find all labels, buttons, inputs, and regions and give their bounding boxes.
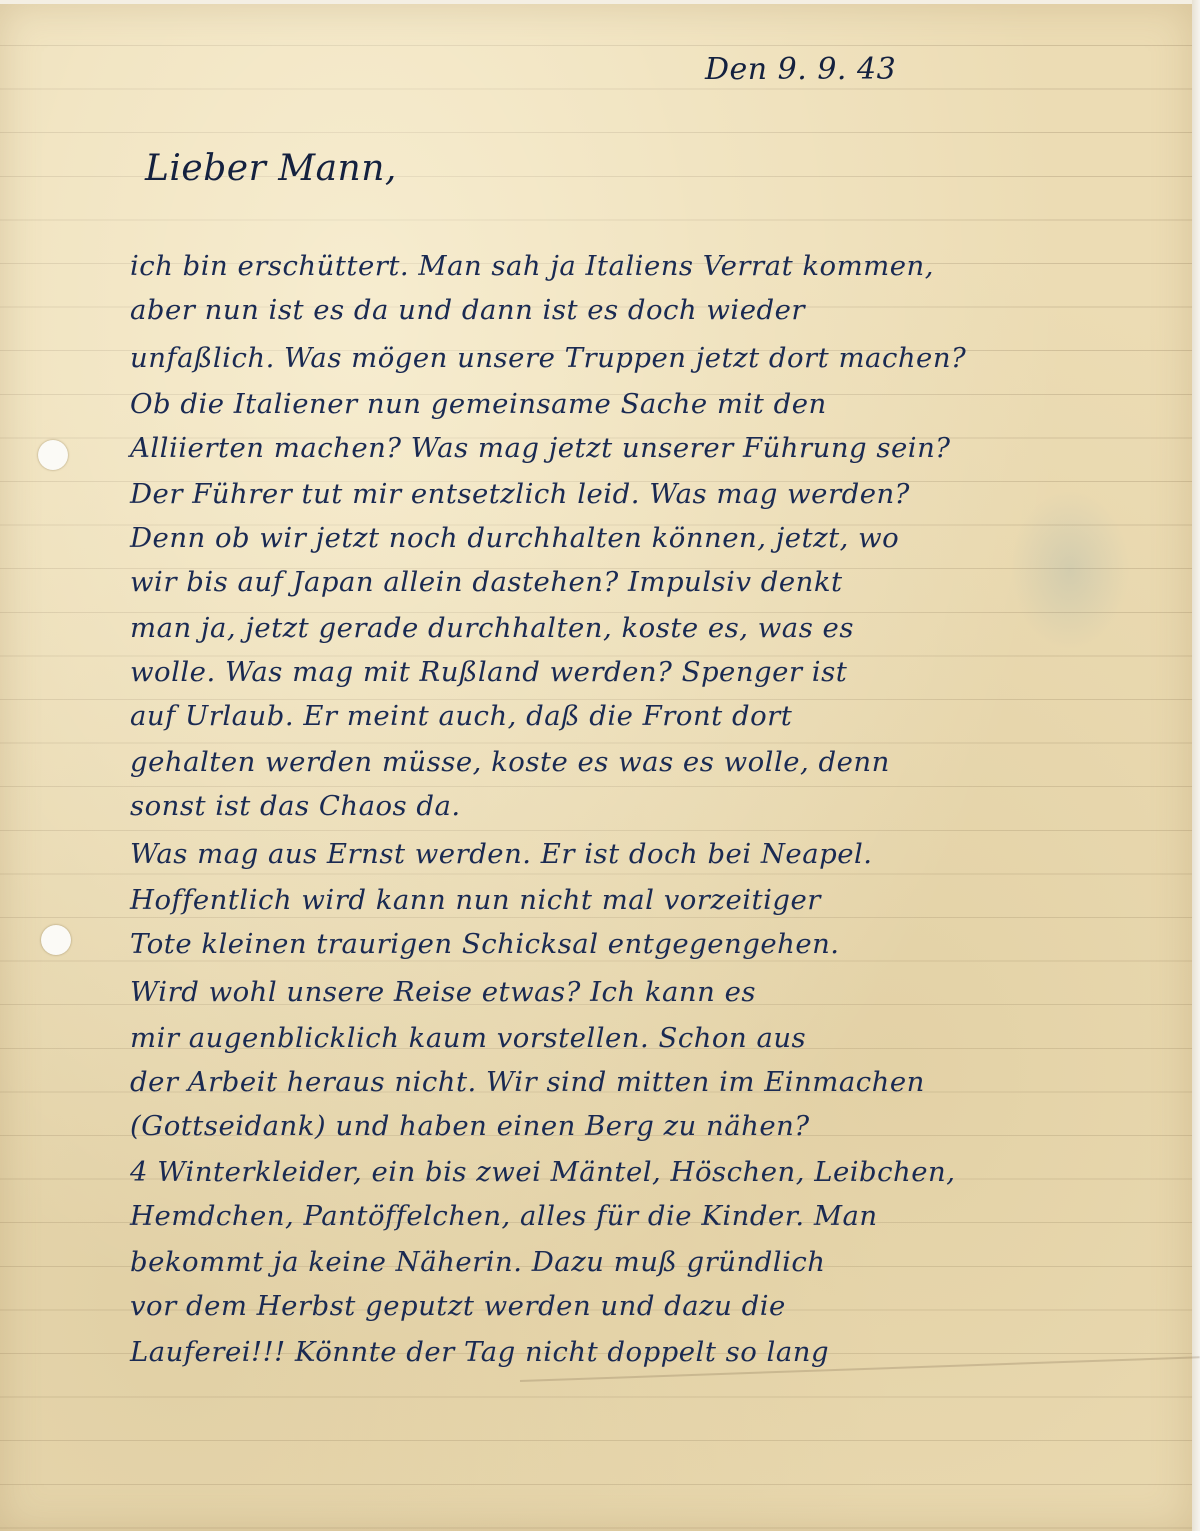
letter-line: unfaßlich. Was mögen unsere Truppen jetz… — [130, 342, 966, 374]
letter-date: Den 9. 9. 43 — [705, 52, 896, 87]
letter-line: wolle. Was mag mit Rußland werden? Speng… — [130, 656, 847, 688]
letter-line: Lauferei!!! Könnte der Tag nicht doppelt… — [130, 1336, 829, 1368]
letter-line: Tote kleinen traurigen Schicksal entgege… — [130, 928, 840, 960]
letter-line: Der Führer tut mir entsetzlich leid. Was… — [130, 478, 910, 510]
letter-line: sonst ist das Chaos da. — [130, 790, 461, 822]
scan-edge — [1192, 0, 1200, 1531]
punch-hole-bottom — [41, 925, 71, 955]
letter-line: Ob die Italiener nun gemeinsame Sache mi… — [130, 388, 827, 420]
letter-line: Hoffentlich wird kann nun nicht mal vorz… — [130, 884, 821, 916]
letter-line: 4 Winterkleider, ein bis zwei Mäntel, Hö… — [130, 1156, 956, 1188]
letter-line: auf Urlaub. Er meint auch, daß die Front… — [130, 700, 792, 732]
letter-line: gehalten werden müsse, koste es was es w… — [130, 746, 890, 778]
letter-line: man ja, jetzt gerade durchhalten, koste … — [130, 612, 854, 644]
letter-line: (Gottseidank) und haben einen Berg zu nä… — [130, 1110, 810, 1142]
letter-line: der Arbeit heraus nicht. Wir sind mitten… — [130, 1066, 925, 1098]
letter-line: vor dem Herbst geputzt werden und dazu d… — [130, 1290, 786, 1322]
letter-line: Alliierten machen? Was mag jetzt unserer… — [130, 432, 951, 464]
letter-line: ich bin erschüttert. Man sah ja Italiens… — [130, 250, 934, 282]
letter-line: aber nun ist es da und dann ist es doch … — [130, 294, 805, 326]
letter-line: mir augenblicklich kaum vorstellen. Scho… — [130, 1022, 806, 1054]
letter-line: Wird wohl unsere Reise etwas? Ich kann e… — [130, 976, 756, 1008]
ink-stain — [1010, 490, 1130, 650]
letter-line: Hemdchen, Pantöffelchen, alles für die K… — [130, 1200, 878, 1232]
letter-line: bekommt ja keine Näherin. Dazu muß gründ… — [130, 1246, 826, 1278]
letter-line: wir bis auf Japan allein dastehen? Impul… — [130, 566, 843, 598]
letter-line: Denn ob wir jetzt noch durchhalten könne… — [130, 522, 899, 554]
letter-line: Was mag aus Ernst werden. Er ist doch be… — [130, 838, 873, 870]
letter-salutation: Lieber Mann, — [145, 148, 397, 189]
punch-hole-top — [38, 440, 68, 470]
